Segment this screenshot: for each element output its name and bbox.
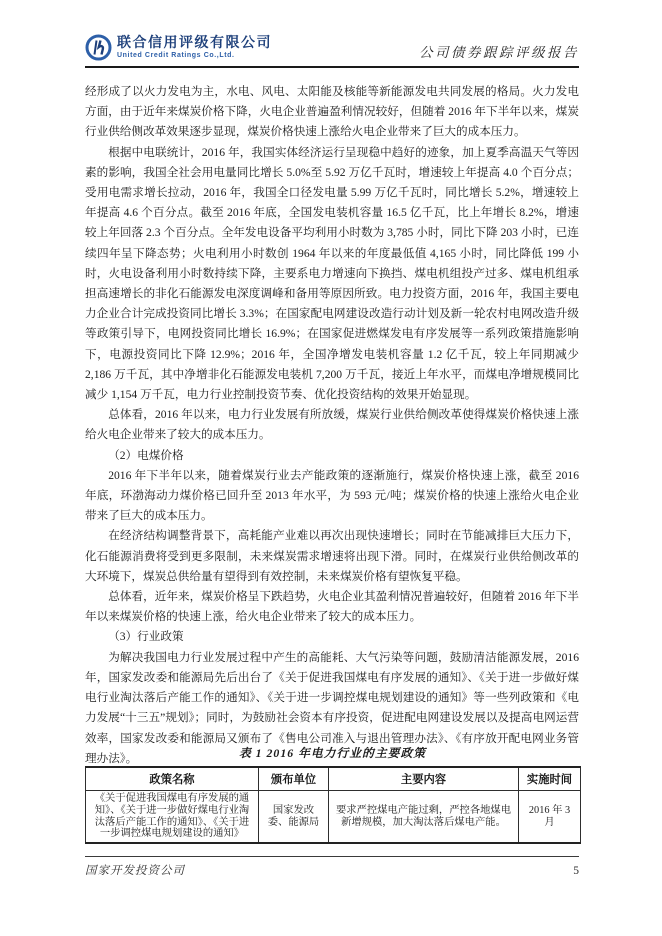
page-footer: 国家开发投资公司 5	[85, 856, 579, 878]
paragraph-summary-power-industry: 总体看，2016 年以来，电力行业发展有所放缓，煤炭行业供给侧改革使得煤炭价格快…	[85, 405, 579, 445]
logo-company-name-en: United Credit Ratings Co.,Ltd.	[117, 52, 272, 59]
logo-company-name-cn: 联合信用评级有限公司	[117, 35, 272, 50]
paragraph-coal-price-rise: 2016 年下半年以来，随着煤炭行业去产能政策的逐渐施行，煤炭价格快速上涨，截至…	[85, 466, 579, 527]
paragraph-fire-power-overview: 经形成了以火力发电为主，水电、风电、太阳能及核能等新能源发电共同发展的格局。火力…	[85, 82, 579, 143]
column-header-main-content: 主要内容	[329, 767, 519, 791]
table-header-row: 政策名称 颁布单位 主要内容 实施时间	[86, 767, 581, 791]
column-header-implementation-time: 实施时间	[519, 767, 581, 791]
policy-table: 政策名称 颁布单位 主要内容 实施时间 《关于促进我国煤电有序发展的通知》、《关…	[85, 766, 581, 844]
report-body: 经形成了以火力发电为主，水电、风电、太阳能及核能等新能源发电共同发展的格局。火力…	[85, 82, 579, 769]
report-page: 联合信用评级有限公司 United Credit Ratings Co.,Ltd…	[0, 0, 662, 936]
column-header-issuing-unit: 颁布单位	[259, 767, 329, 791]
paragraph-economic-structure: 在经济结构调整背景下，高耗能产业难以再次出现快速增长；同时在节能减排巨大压力下，…	[85, 526, 579, 587]
table-row: 《关于促进我国煤电有序发展的通知》、《关于进一步做好煤电行业淘汰落后产能工作的通…	[86, 791, 581, 844]
section-heading-coal-price: （2）电煤价格	[85, 446, 579, 466]
policy-table-section: 表 1 2016 年电力行业的主要政策 政策名称 颁布单位 主要内容 实施时间 …	[85, 744, 580, 844]
cell-policy-name: 《关于促进我国煤电有序发展的通知》、《关于进一步做好煤电行业淘汰落后产能工作的通…	[86, 791, 259, 844]
table-title: 表 1 2016 年电力行业的主要政策	[85, 744, 580, 761]
page-header: 联合信用评级有限公司 United Credit Ratings Co.,Ltd…	[85, 0, 579, 68]
page-number: 5	[573, 865, 579, 877]
cell-implementation-time: 2016 年 3 月	[519, 791, 581, 844]
report-type-label: 公司债券跟踪评级报告	[419, 41, 579, 61]
column-header-policy-name: 政策名称	[86, 767, 259, 791]
paragraph-summary-coal-price: 总体看，近年来，煤炭价格呈下跌趋势，火电企业其盈利情况普遍较好，但随着 2016…	[85, 587, 579, 627]
section-heading-industry-policy: （3）行业政策	[85, 627, 579, 647]
paragraph-cec-statistics: 根据中电联统计，2016 年，我国实体经济运行呈现稳中趋好的迹象，加上夏季高温天…	[85, 143, 579, 406]
cell-main-content: 要求严控煤电产能过剩，严控各地煤电新增规模，加大淘汰落后煤电产能。	[329, 791, 519, 844]
cell-issuing-unit: 国家发改委、能源局	[259, 791, 329, 844]
logo-text: 联合信用评级有限公司 United Credit Ratings Co.,Ltd…	[117, 35, 272, 59]
company-logo: 联合信用评级有限公司 United Credit Ratings Co.,Ltd…	[85, 34, 272, 61]
footer-company: 国家开发投资公司	[85, 862, 185, 878]
ucr-logo-icon	[85, 34, 112, 61]
